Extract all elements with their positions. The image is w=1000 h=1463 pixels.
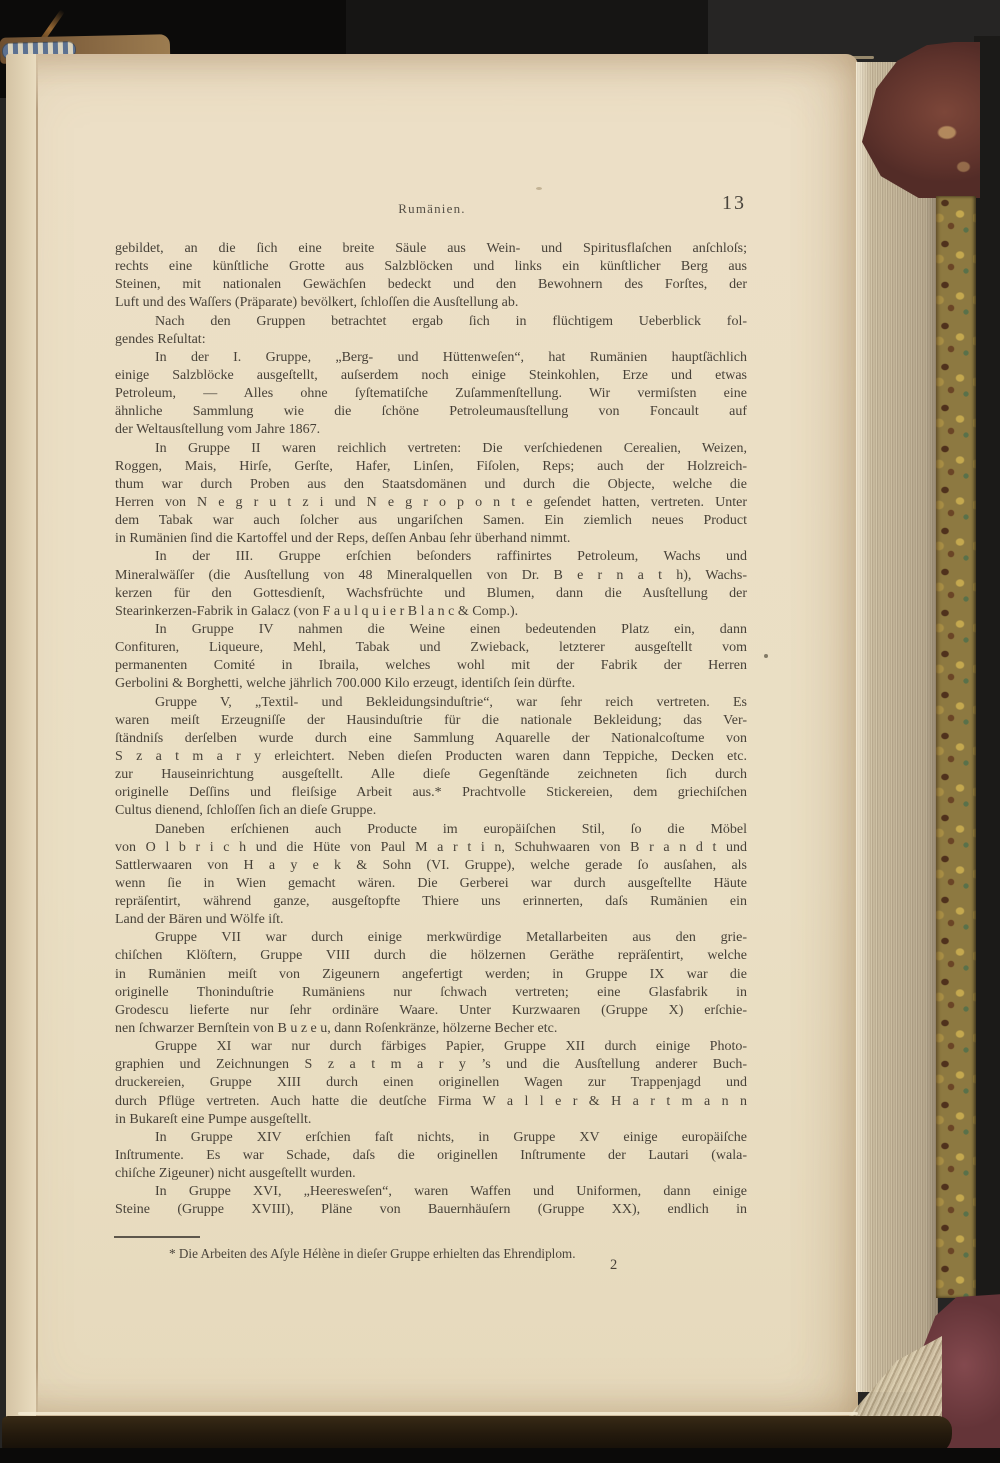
page-gutter-shade <box>6 54 36 1426</box>
text-line: Cultus dienend, ſchloſſen ſich an dieſe … <box>115 802 747 820</box>
text-line: In Gruppe XVI, „Heeresweſen“, waren Waff… <box>115 1183 747 1201</box>
text-line: Daneben erſchienen auch Producte im euro… <box>115 821 747 839</box>
text-line: graphien und Zeichnungen S z a t m a r y… <box>115 1056 747 1074</box>
text-line: Petroleum, — Alles ohne ſyſtematiſche Zu… <box>115 385 747 403</box>
text-line: Steine (Gruppe XVIII), Pläne von Bauernh… <box>115 1201 747 1219</box>
ink-speck <box>764 654 768 658</box>
text-line: Gruppe VII war durch einige merkwürdige … <box>115 929 747 947</box>
text-line: der Weltausſtellung vom Jahre 1867. <box>115 421 747 439</box>
text-line: Sattlerwaaren von H a y e k & Sohn (VI. … <box>115 857 747 875</box>
text-block: gebildet, an die ſich eine breite Säule … <box>115 240 747 1220</box>
text-line: In Gruppe XIV erſchien faſt nichts, in G… <box>115 1129 747 1147</box>
text-line: originelle Thoninduſtrie Rumäniens nur ſ… <box>115 984 747 1002</box>
text-line: originelle Deſſins und fleiſsige Arbeit … <box>115 784 747 802</box>
text-line: rechts eine künſtliche Grotte aus Salzbl… <box>115 258 747 276</box>
page-gutter-crease <box>36 56 38 1422</box>
paper-smudge <box>536 187 542 190</box>
footnote-rule <box>114 1236 200 1238</box>
scanned-book-photo: Rumänien. 13 gebildet, an die ſich eine … <box>0 0 1000 1463</box>
page-bottom-edge-highlight <box>18 1412 858 1415</box>
text-line: nen ſchwarzer Bernſtein von B u z e u, d… <box>115 1020 747 1038</box>
text-line: In der III. Gruppe erſchien beſonders ra… <box>115 548 747 566</box>
text-line: chiſche Zigeuner) nicht ausgeſtellt wurd… <box>115 1165 747 1183</box>
cover-board-edge <box>974 36 1000 1448</box>
text-line: ähnliche Sammlung wie die ſchöne Petrole… <box>115 403 747 421</box>
text-line: Roggen, Mais, Hirſe, Gerſte, Hafer, Linſ… <box>115 458 747 476</box>
signature-mark: 2 <box>610 1257 617 1274</box>
fore-edge-page-stack <box>856 62 938 1392</box>
text-line: In Gruppe IV nahmen die Weine einen bede… <box>115 621 747 639</box>
text-line: waren meiſt Erzeugniſſe der Hausinduſtri… <box>115 712 747 730</box>
marbled-board-strip <box>936 196 976 1298</box>
text-line: Grodescu lieferte nur ſehr ordinäre Waar… <box>115 1002 747 1020</box>
text-line: permanenten Comité in Ibraila, welches w… <box>115 657 747 675</box>
text-line: zur Hauseinrichtung ausgeſtellt. Alle di… <box>115 766 747 784</box>
text-line: Stearinkerzen-Fabrik in Galacz (von F a … <box>115 603 747 621</box>
text-line: Gruppe V, „Textil- und Bekleidungsinduſt… <box>115 694 747 712</box>
text-line: einige Salzblöcke ausgeſtellt, auſserdem… <box>115 367 747 385</box>
text-line: kerzen für den Gottesdienſt, Wachsfrücht… <box>115 585 747 603</box>
text-line: durch Pflüge vertreten. Auch hatte die d… <box>115 1093 747 1111</box>
text-line: Nach den Gruppen betrachtet ergab ſich i… <box>115 313 747 331</box>
text-line: Confituren, Liqueure, Mehl, Tabak und Zw… <box>115 639 747 657</box>
text-line: Mineralwäſſer (die Ausſtellung von 48 Mi… <box>115 567 747 585</box>
text-line: Gerbolini & Borghetti, welche jährlich 7… <box>115 675 747 693</box>
text-line: In der I. Gruppe, „Berg- und Hüttenweſen… <box>115 349 747 367</box>
text-line: chiſchen Klöſtern, Gruppe VIII durch die… <box>115 947 747 965</box>
text-line: In Gruppe II waren reichlich vertreten: … <box>115 440 747 458</box>
footnote-text: * Die Arbeiten des Aſyle Hélène in dieſe… <box>115 1246 801 1262</box>
text-line: von O l b r i c h und die Hüte von Paul … <box>115 839 747 857</box>
text-line: gendes Reſultat: <box>115 331 747 349</box>
page-number: 13 <box>118 192 746 215</box>
text-line: S z a t m a r y erleichtert. Neben dieſe… <box>115 748 747 766</box>
text-line: thum war durch Proben aus den Staatsdomä… <box>115 476 747 494</box>
text-line: in Rumänien ſind die Kartoffel und der R… <box>115 530 747 548</box>
text-line: ſtändniſs derſelben wurde durch eine Sam… <box>115 730 747 748</box>
text-line: Land der Bären und Wölfe iſt. <box>115 911 747 929</box>
text-line: Steinen, mit nationalen Gewächſen bedeck… <box>115 276 747 294</box>
background-bottom <box>0 1448 1000 1463</box>
text-line: repräſentirt, während ganze, ausgeſtopft… <box>115 893 747 911</box>
text-line: gebildet, an die ſich eine breite Säule … <box>115 240 747 258</box>
text-line: in Rumänien meiſt von Zigeunern angefert… <box>115 966 747 984</box>
text-line: druckereien, Gruppe XIII durch einen ori… <box>115 1074 747 1092</box>
text-line: Inſtrumente. Es war Schade, daſs die ori… <box>115 1147 747 1165</box>
text-line: in Bukareſt eine Pumpe ausgeſtellt. <box>115 1111 747 1129</box>
text-line: wenn ſie in Wien gemacht wären. Die Gerb… <box>115 875 747 893</box>
text-line: dem Tabak war auch ſolcher aus ungariſch… <box>115 512 747 530</box>
text-line: Luft und des Waſſers (Präparate) bevölke… <box>115 294 747 312</box>
text-line: Herren von N e g r u t z i und N e g r o… <box>115 494 747 512</box>
text-line: Gruppe XI war nur durch färbiges Papier,… <box>115 1038 747 1056</box>
